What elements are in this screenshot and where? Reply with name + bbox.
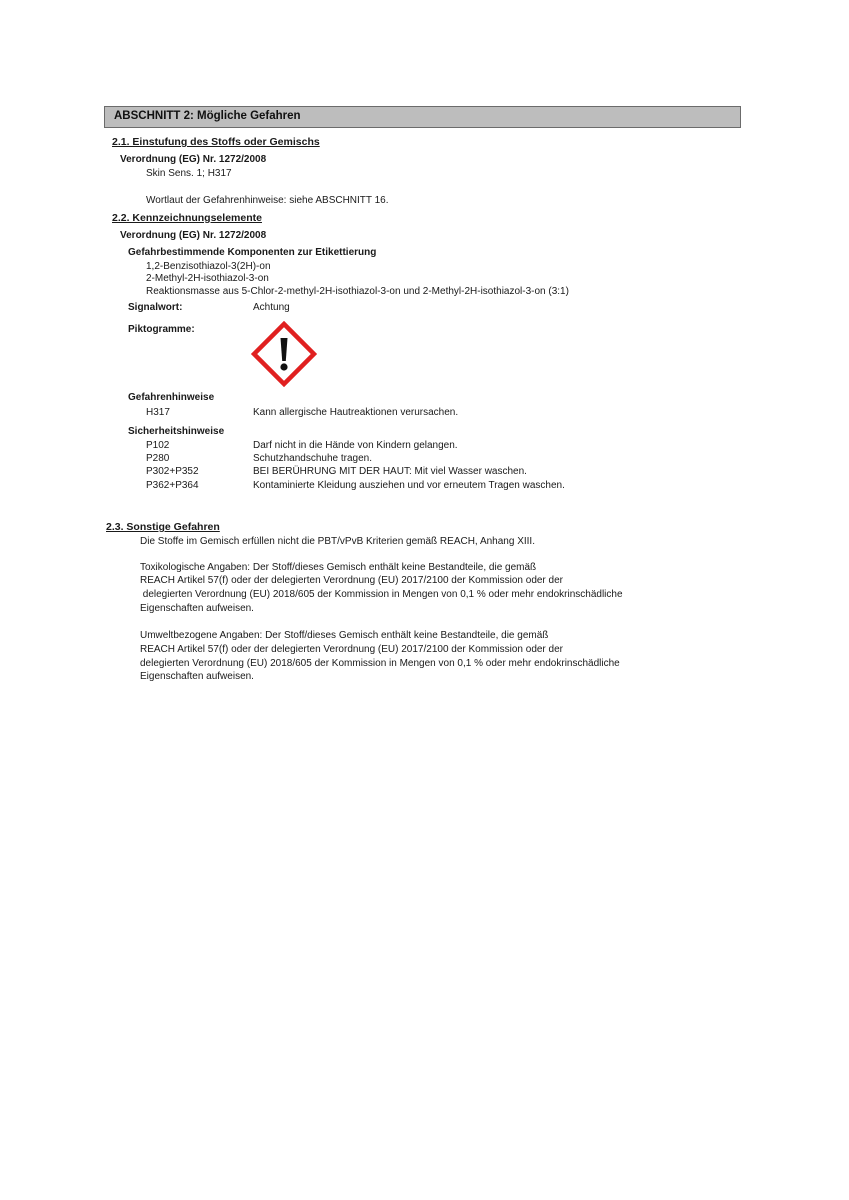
hazard-statements-label: Gefahrenhinweise: [128, 392, 214, 403]
tox-line: delegierten Verordnung (EU) 2018/605 der…: [140, 589, 623, 600]
signal-word-value: Achtung: [253, 302, 290, 313]
signal-word-label: Signalwort:: [128, 302, 182, 313]
env-line: REACH Artikel 57(f) oder der delegierten…: [140, 644, 563, 655]
ghs07-exclamation-mark-icon: [251, 321, 317, 387]
env-line: Umweltbezogene Angaben: Der Stoff/dieses…: [140, 630, 548, 641]
precaution-text: BEI BERÜHRUNG MIT DER HAUT: Mit viel Was…: [253, 466, 527, 477]
subsection-2-3-heading: 2.3. Sonstige Gefahren: [106, 521, 220, 533]
precaution-text: Schutzhandschuhe tragen.: [253, 453, 372, 464]
hazard-text: Kann allergische Hautreaktionen verursac…: [253, 407, 458, 418]
hazard-code: H317: [146, 407, 170, 418]
pbt-statement: Die Stoffe im Gemisch erfüllen nicht die…: [140, 536, 535, 547]
pictograms-label: Piktogramme:: [128, 324, 195, 335]
precaution-code: P362+P364: [146, 480, 199, 491]
tox-line: REACH Artikel 57(f) oder der delegierten…: [140, 575, 563, 586]
subsection-2-2-heading: 2.2. Kennzeichnungselemente: [112, 212, 262, 224]
s22-regulation: Verordnung (EG) Nr. 1272/2008: [120, 230, 266, 241]
precaution-code: P302+P352: [146, 466, 199, 477]
s21-note: Wortlaut der Gefahrenhinweise: siehe ABS…: [146, 195, 389, 206]
env-line: Eigenschaften aufweisen.: [140, 671, 254, 682]
component-item: 2-Methyl-2H-isothiazol-3-on: [146, 273, 269, 284]
subsection-2-1-heading: 2.1. Einstufung des Stoffs oder Gemischs: [112, 136, 320, 148]
s21-regulation: Verordnung (EG) Nr. 1272/2008: [120, 154, 266, 165]
component-item: 1,2-Benzisothiazol-3(2H)-on: [146, 261, 271, 272]
section-title: ABSCHNITT 2: Mögliche Gefahren: [114, 110, 301, 122]
precaution-code: P102: [146, 440, 169, 451]
precaution-text: Darf nicht in die Hände von Kindern gela…: [253, 440, 458, 451]
s21-classification: Skin Sens. 1; H317: [146, 168, 232, 179]
components-label: Gefahrbestimmende Komponenten zur Etiket…: [128, 247, 376, 258]
precaution-code: P280: [146, 453, 169, 464]
tox-line: Eigenschaften aufweisen.: [140, 603, 254, 614]
section-header: ABSCHNITT 2: Mögliche Gefahren: [104, 106, 741, 128]
env-line: delegierten Verordnung (EU) 2018/605 der…: [140, 658, 620, 669]
precautionary-statements-label: Sicherheitshinweise: [128, 426, 224, 437]
tox-line: Toxikologische Angaben: Der Stoff/dieses…: [140, 562, 536, 573]
component-item: Reaktionsmasse aus 5-Chlor-2-methyl-2H-i…: [146, 286, 569, 297]
precaution-text: Kontaminierte Kleidung ausziehen und vor…: [253, 480, 565, 491]
